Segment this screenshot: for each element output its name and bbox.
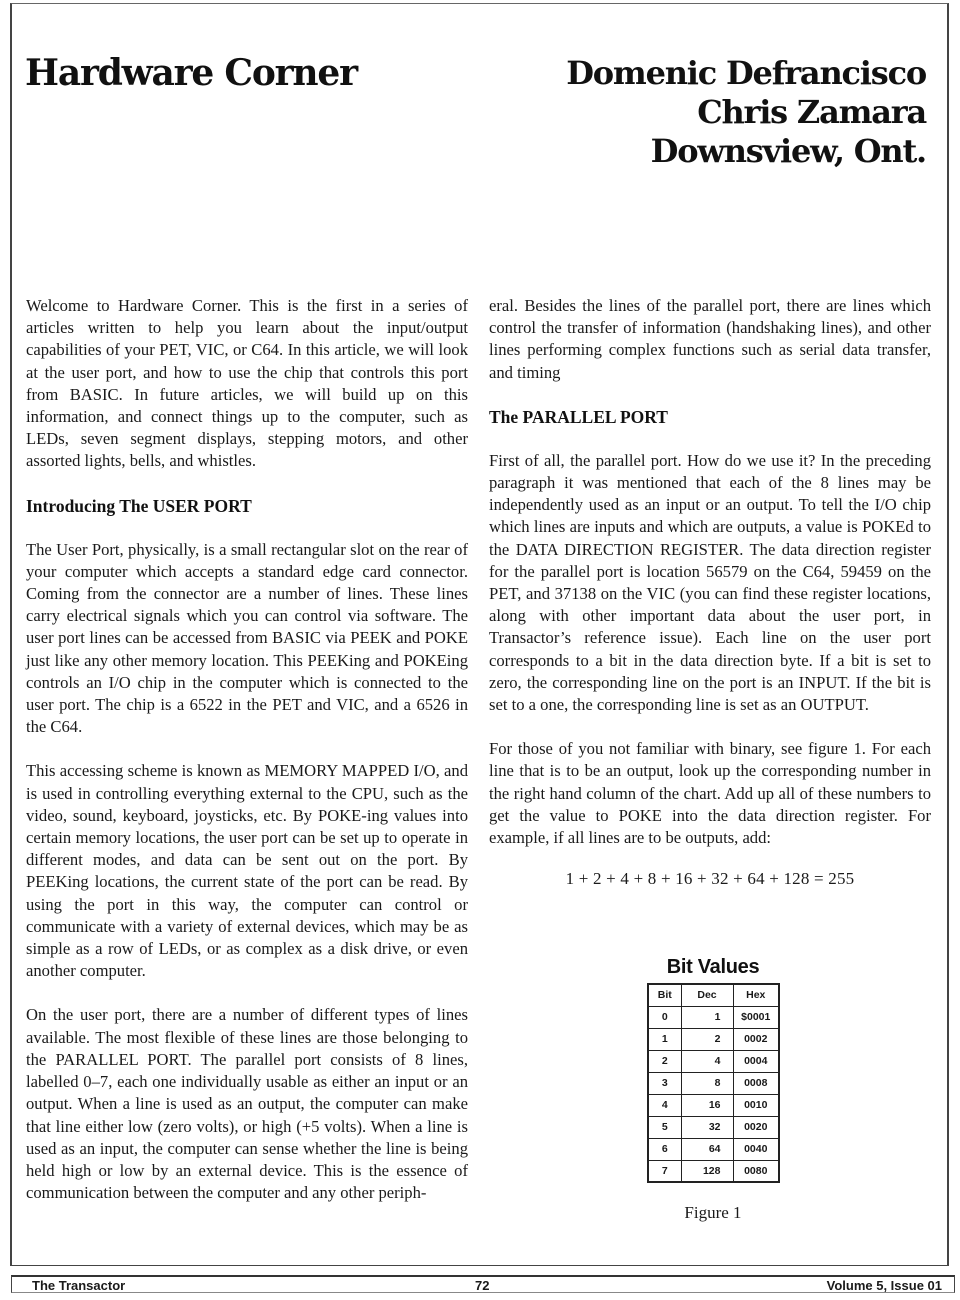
table-row: 1 2 0002 xyxy=(648,1028,779,1050)
section-heading-user-port: Introducing The USER PORT xyxy=(26,495,468,517)
author-1: Domenic Defrancisco xyxy=(566,54,926,93)
cell-hex: $0001 xyxy=(733,1006,779,1028)
cell-dec: 16 xyxy=(681,1094,733,1116)
sum-equation: 1 + 2 + 4 + 8 + 16 + 32 + 64 + 128 = 255 xyxy=(489,868,931,890)
magazine-name: The Transactor xyxy=(32,1277,125,1294)
cell-bit: 0 xyxy=(648,1006,681,1028)
author-2: Chris Zamara xyxy=(566,93,926,132)
left-column: Welcome to Hardware Corner. This is the … xyxy=(26,295,468,1204)
cell-dec: 8 xyxy=(681,1072,733,1094)
column-header-hex: Hex xyxy=(733,984,779,1006)
bit-values-table: Bit Dec Hex 0 1 $0001 1 2 0002 2 4 0004 xyxy=(647,983,780,1183)
paragraph-parallel-port: First of all, the parallel port. How do … xyxy=(489,450,931,716)
paragraph-intro: Welcome to Hardware Corner. This is the … xyxy=(26,295,468,473)
figure-caption: Figure 1 xyxy=(620,1203,806,1223)
section-heading-parallel-port: The PARALLEL PORT xyxy=(489,406,931,428)
cell-hex: 0004 xyxy=(733,1050,779,1072)
table-row: 2 4 0004 xyxy=(648,1050,779,1072)
cell-hex: 0008 xyxy=(733,1072,779,1094)
cell-dec: 64 xyxy=(681,1138,733,1160)
paragraph-memory-mapped: This accessing scheme is known as MEMORY… xyxy=(26,760,468,982)
column-header-bit: Bit xyxy=(648,984,681,1006)
cell-hex: 0080 xyxy=(733,1160,779,1182)
cell-dec: 1 xyxy=(681,1006,733,1028)
paragraph-binary: For those of you not familiar with binar… xyxy=(489,738,931,849)
cell-dec: 32 xyxy=(681,1116,733,1138)
table-row: 6 64 0040 xyxy=(648,1138,779,1160)
paragraph-user-port: The User Port, physically, is a small re… xyxy=(26,539,468,739)
right-column: eral. Besides the lines of the parallel … xyxy=(489,295,931,890)
cell-bit: 3 xyxy=(648,1072,681,1094)
paragraph-line-types: On the user port, there are a number of … xyxy=(26,1004,468,1204)
cell-dec: 4 xyxy=(681,1050,733,1072)
table-row: 7 128 0080 xyxy=(648,1160,779,1182)
page-number: 72 xyxy=(475,1277,489,1294)
paragraph-continued: eral. Besides the lines of the parallel … xyxy=(489,295,931,384)
table-header-row: Bit Dec Hex xyxy=(648,984,779,1006)
cell-hex: 0020 xyxy=(733,1116,779,1138)
cell-hex: 0040 xyxy=(733,1138,779,1160)
byline: Domenic Defrancisco Chris Zamara Downsvi… xyxy=(566,54,926,171)
article-title: Hardware Corner xyxy=(25,52,357,94)
issue-label: Volume 5, Issue 01 xyxy=(827,1277,942,1294)
author-location: Downsview, Ont. xyxy=(566,132,926,171)
column-header-dec: Dec xyxy=(681,984,733,1006)
cell-bit: 4 xyxy=(648,1094,681,1116)
table-row: 3 8 0008 xyxy=(648,1072,779,1094)
table-row: 4 16 0010 xyxy=(648,1094,779,1116)
table-row: 0 1 $0001 xyxy=(648,1006,779,1028)
cell-hex: 0010 xyxy=(733,1094,779,1116)
table-row: 5 32 0020 xyxy=(648,1116,779,1138)
page-footer: The Transactor 72 Volume 5, Issue 01 xyxy=(11,1275,955,1293)
cell-dec: 128 xyxy=(681,1160,733,1182)
cell-hex: 0002 xyxy=(733,1028,779,1050)
figure-title: Bit Values xyxy=(620,955,806,979)
figure-bit-values: Bit Values Bit Dec Hex 0 1 $0001 1 2 000… xyxy=(620,955,806,1223)
cell-bit: 5 xyxy=(648,1116,681,1138)
cell-bit: 7 xyxy=(648,1160,681,1182)
cell-bit: 6 xyxy=(648,1138,681,1160)
cell-dec: 2 xyxy=(681,1028,733,1050)
cell-bit: 2 xyxy=(648,1050,681,1072)
cell-bit: 1 xyxy=(648,1028,681,1050)
